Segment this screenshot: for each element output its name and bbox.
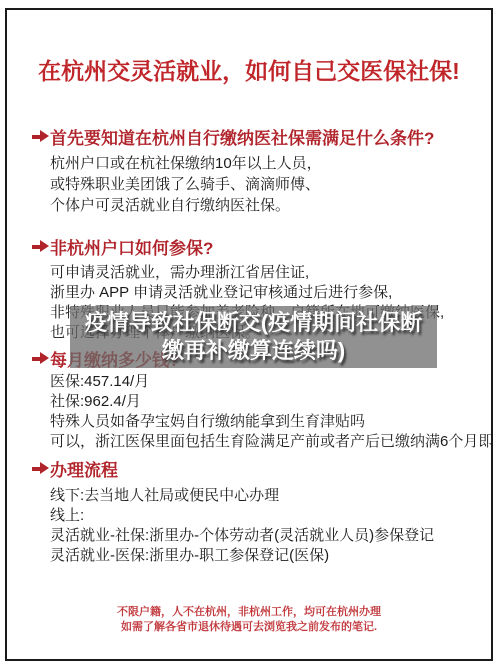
section-heading-label: 首先要知道在杭州自行缴纳医社保需满足什么条件? xyxy=(50,124,434,149)
body-line: 杭州户口或在杭社保缴纳10年以上人员， xyxy=(50,153,493,174)
section-heading-conditions: 首先要知道在杭州自行缴纳医社保需满足什么条件? xyxy=(32,124,434,149)
section-heading-label: 非杭州户口如何参保? xyxy=(50,234,213,259)
body-line: 灵活就业-医保:浙里办-职工参保登记(医保) xyxy=(50,546,493,566)
right-arrow-icon xyxy=(32,352,49,365)
right-arrow-icon xyxy=(32,130,49,143)
watermark-line: 疫情导致社保断交(疫情期间社保断 xyxy=(85,309,422,337)
section-body-monthly-cost: 医保:457.14/月 社保:962.4/月 特殊人员如备孕宝妈自行缴纳能拿到生… xyxy=(50,372,493,452)
body-line: 或特殊职业美团饿了么骑手、滴滴师傅、 xyxy=(50,174,493,195)
section-heading-label: 办理流程 xyxy=(50,456,118,481)
body-line: 可申请灵活就业，需办理浙江省居住证, xyxy=(50,263,493,283)
footer-note: 不限户籍，人不在杭州，非杭州工作，均可在杭州办理 如需了解各省市退休待遇可去浏览… xyxy=(7,605,491,635)
body-line: 灵活就业-社保:浙里办-个体劳动者(灵活就业人员)参保登记 xyxy=(50,526,493,546)
body-line: 线上: xyxy=(50,506,493,526)
page-title: 在杭州交灵活就业，如何自己交医保社保! xyxy=(7,53,491,86)
body-line: 医保:457.14/月 xyxy=(50,372,493,392)
section-heading-non-hangzhou: 非杭州户口如何参保? xyxy=(32,234,213,259)
watermark-line: 缴再补缴算连续吗) xyxy=(162,337,345,365)
body-line: 线下:去当地人社局或便民中心办理 xyxy=(50,486,493,506)
body-line: 浙里办 APP 申请灵活就业登记审核通过后进行参保, xyxy=(50,283,493,303)
body-line: 社保:962.4/月 xyxy=(50,392,493,412)
body-line: 个体户可灵活就业自行缴纳医社保。 xyxy=(50,195,493,216)
right-arrow-icon xyxy=(32,462,49,475)
section-body-conditions: 杭州户口或在杭社保缴纳10年以上人员， 或特殊职业美团饿了么骑手、滴滴师傅、 个… xyxy=(50,153,493,216)
right-arrow-icon xyxy=(32,240,49,253)
watermark-overlay: 疫情导致社保断交(疫情期间社保断 缴再补缴算连续吗) xyxy=(70,306,437,368)
section-body-process: 线下:去当地人社局或便民中心办理 线上: 灵活就业-社保:浙里办-个体劳动者(灵… xyxy=(50,486,493,566)
body-line: 特殊人员如备孕宝妈自行缴纳能拿到生育津贴吗 xyxy=(50,412,493,432)
footer-line: 如需了解各省市退休待遇可去浏览我之前发布的笔记. xyxy=(7,620,491,635)
body-line: 可以，浙江医保里面包括生育险满足产前或者产后已缴纳满6个月即可 xyxy=(50,432,493,452)
section-heading-process: 办理流程 xyxy=(32,456,118,481)
infographic-page: 在杭州交灵活就业，如何自己交医保社保! 首先要知道在杭州自行缴纳医社保需满足什么… xyxy=(0,0,500,668)
footer-line: 不限户籍，人不在杭州，非杭州工作，均可在杭州办理 xyxy=(7,605,491,620)
